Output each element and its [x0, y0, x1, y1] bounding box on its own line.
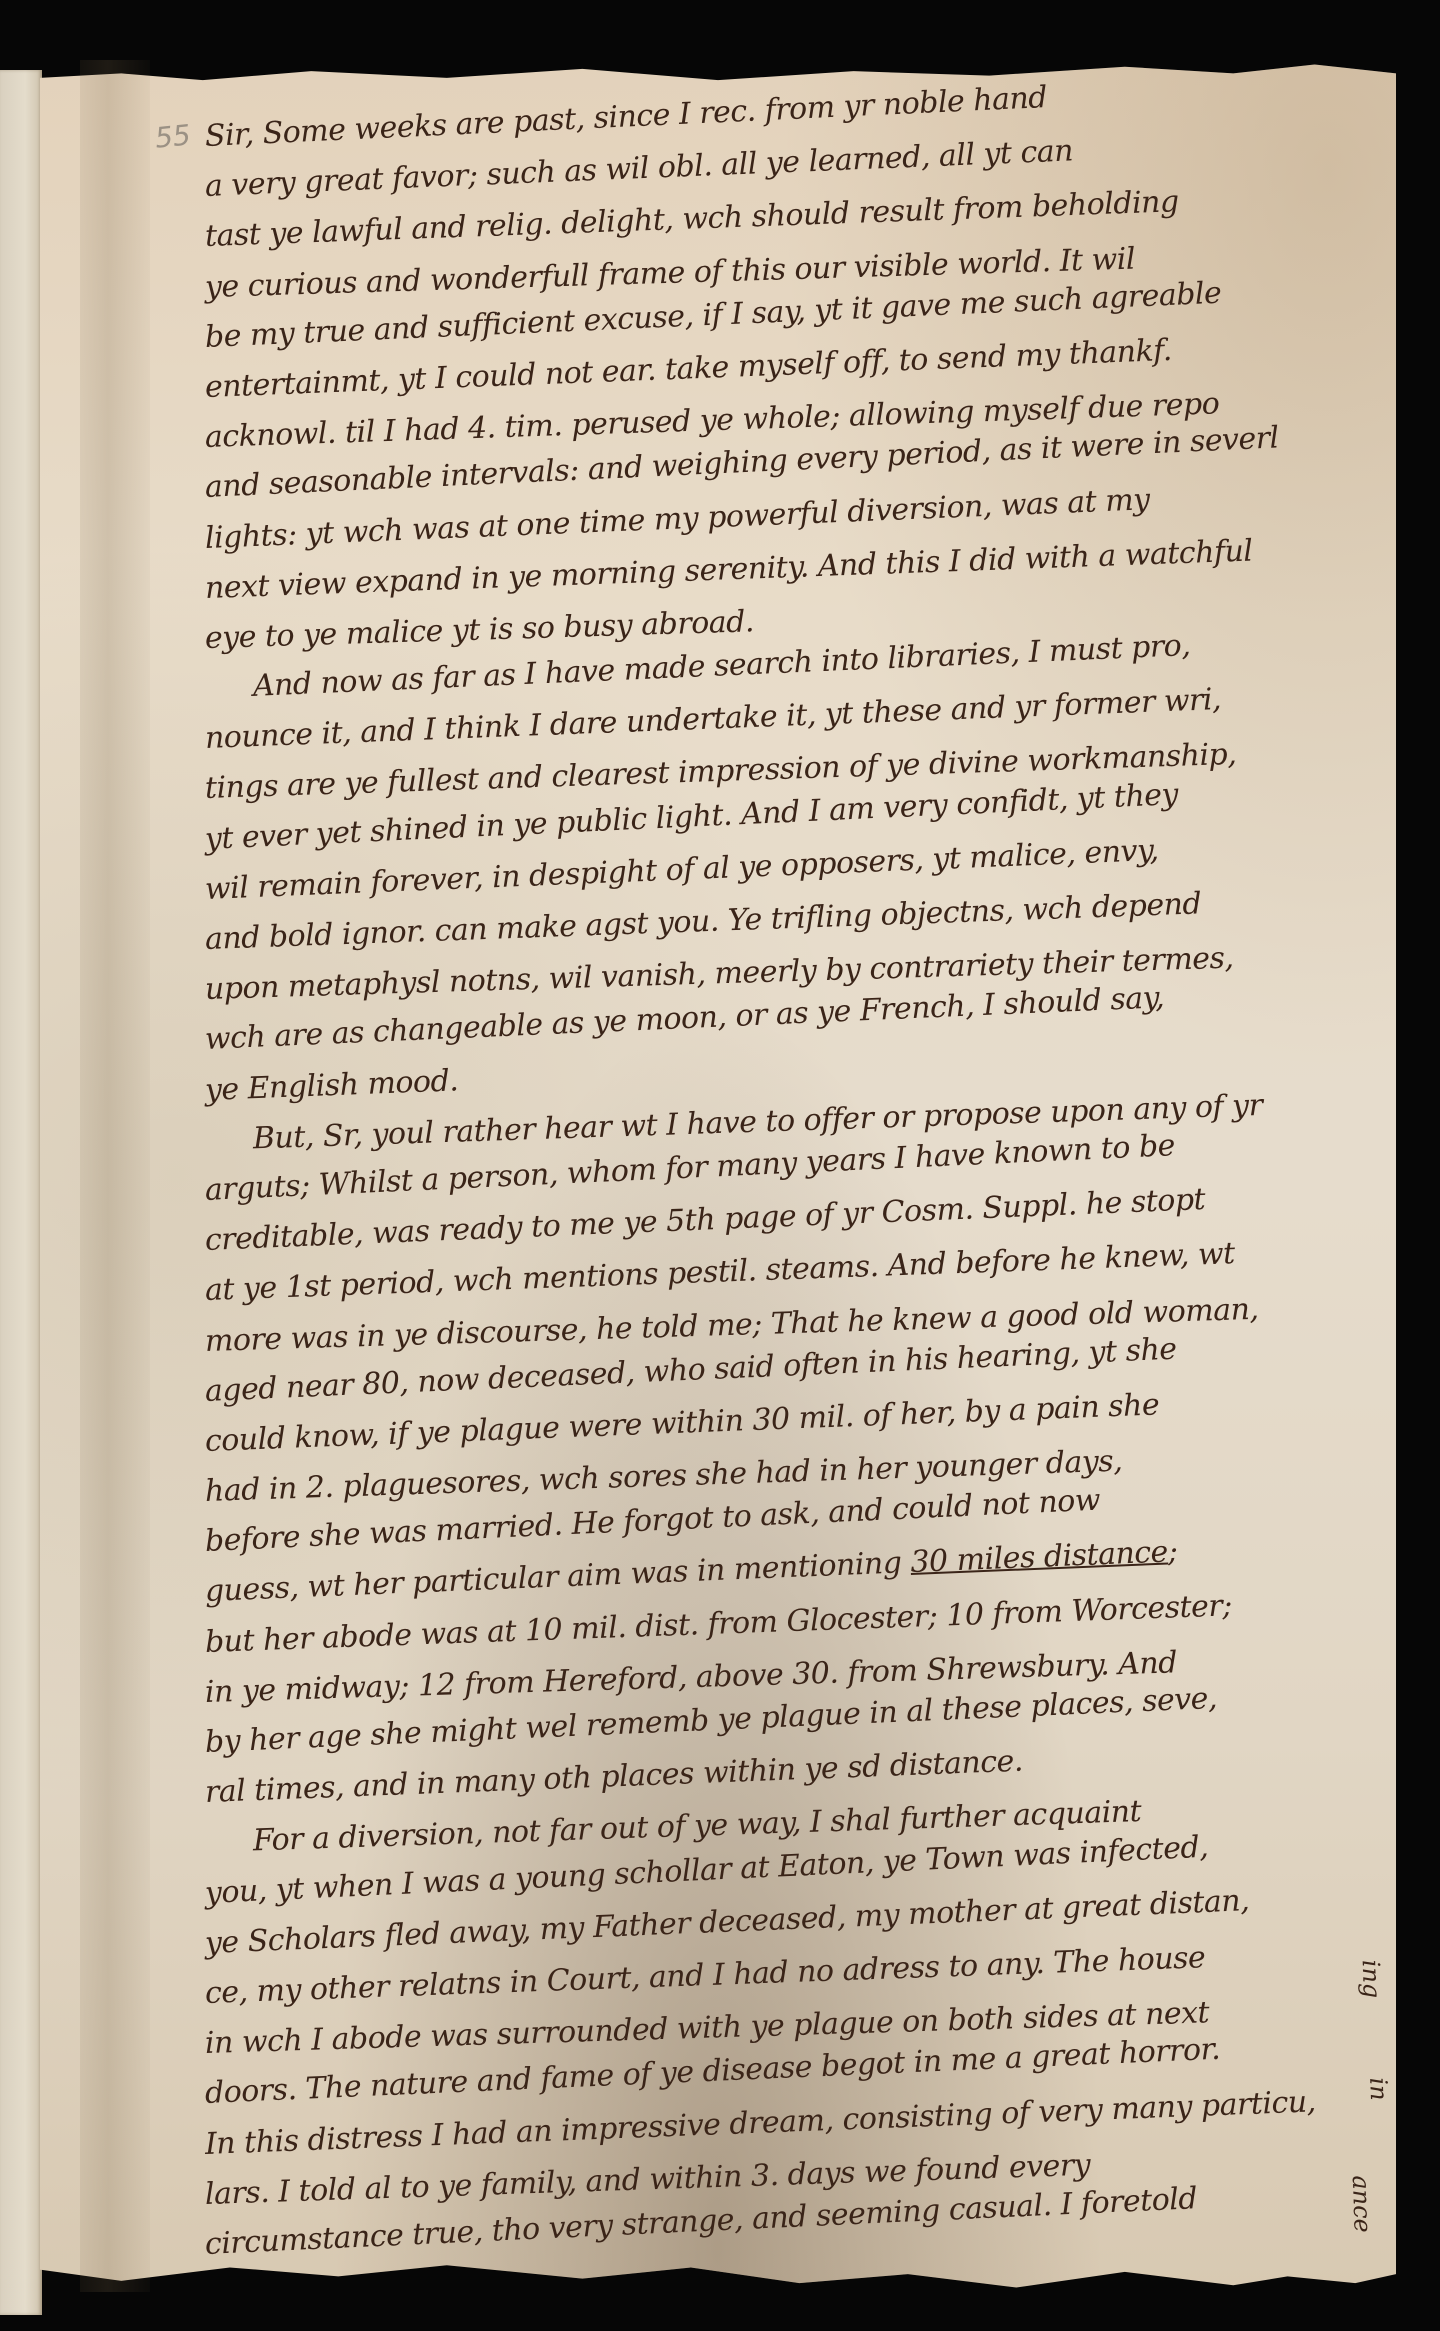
margin-note: ing — [1356, 1959, 1385, 1998]
margin-note: in — [1364, 2077, 1393, 2101]
margin-note: ance — [1346, 2175, 1376, 2233]
underlined-phrase: 30 miles distance — [910, 1535, 1169, 1581]
binding-guard-strip — [0, 70, 42, 2315]
folio-number: 55 — [153, 118, 192, 155]
letter-text: Sir, Some weeks are past, since I rec. f… — [205, 112, 1385, 2270]
